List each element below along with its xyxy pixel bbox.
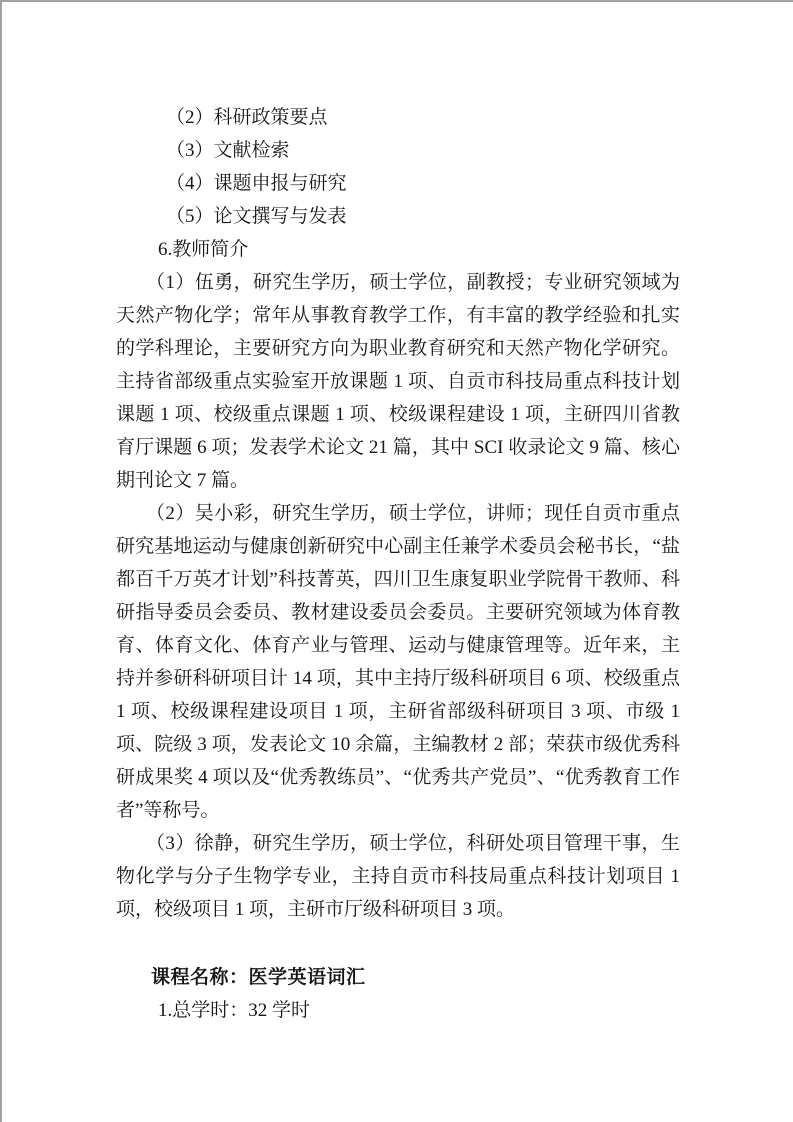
outline-item-2: （2）科研政策要点 <box>116 101 680 134</box>
document-content: （2）科研政策要点 （3）文献检索 （4）课题申报与研究 （5）论文撰写与发表 … <box>2 2 793 1027</box>
teacher-bio-2: （2）吴小彩，研究生学历，硕士学位，讲师；现任自贡市重点研究基地运动与健康创新研… <box>116 497 680 827</box>
outline-item-5: （5）论文撰写与发表 <box>116 200 680 233</box>
section-6-heading: 6.教师简介 <box>116 233 680 266</box>
course-title-heading: 课程名称：医学英语词汇 <box>116 961 680 994</box>
teacher-bio-3: （3）徐静，研究生学历，硕士学位，科研处项目管理干事，生物化学与分子生物学专业，… <box>116 827 680 926</box>
teacher-bio-1: （1）伍勇，研究生学历，硕士学位，副教授；专业研究领域为天然产物化学；常年从事教… <box>116 266 680 497</box>
outline-item-4: （4）课题申报与研究 <box>116 167 680 200</box>
total-hours-line: 1.总学时：32 学时 <box>116 994 680 1027</box>
document-page: （2）科研政策要点 （3）文献检索 （4）课题申报与研究 （5）论文撰写与发表 … <box>0 0 793 1122</box>
outline-item-3: （3）文献检索 <box>116 134 680 167</box>
